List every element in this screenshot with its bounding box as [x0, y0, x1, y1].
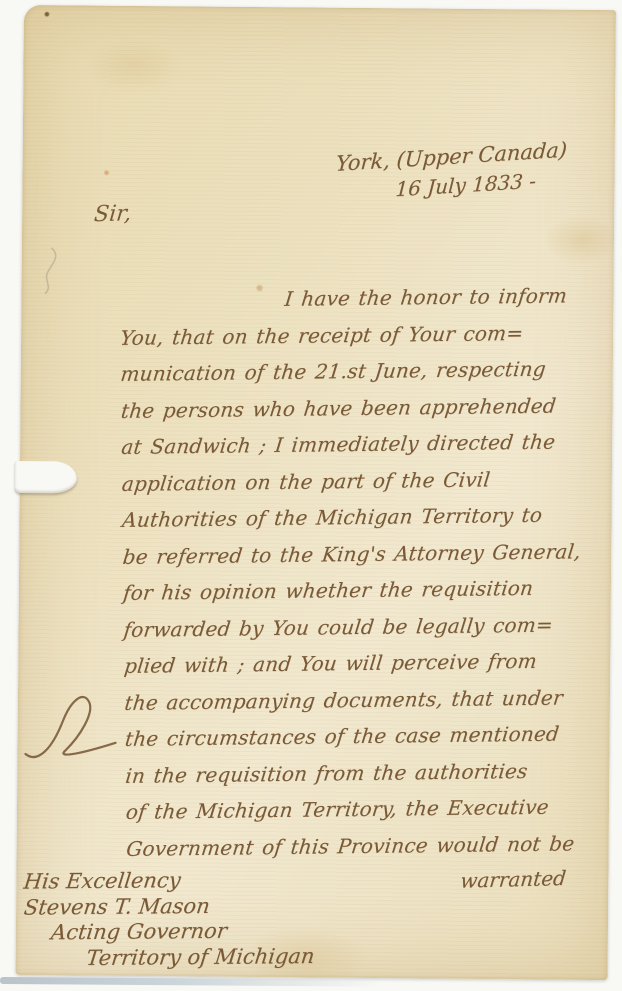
- handwritten-line: for his opinion whether the requisition: [121, 569, 601, 611]
- letter-body: I have the honor to informYou, that on t…: [120, 277, 603, 867]
- salutation: Sir,: [93, 201, 133, 227]
- pencil-mark: [45, 248, 55, 293]
- handwritten-line: plied with ; and You will perceive from: [122, 642, 602, 684]
- handwritten-line: at Sandwich ; I immediately directed the: [120, 423, 600, 465]
- handwritten-line: be referred to the King's Attorney Gener…: [121, 533, 601, 575]
- address-line: Stevens T. Mason: [22, 893, 315, 921]
- handwritten-line: the accompanying documents, that under: [123, 679, 603, 721]
- carryover-word: warranted: [460, 866, 568, 893]
- handwritten-line: the circumstances of the case mentioned: [123, 715, 603, 757]
- handwritten-line: of the Michigan Territory, the Executive: [124, 788, 604, 830]
- handwritten-line: the persons who have been apprehended: [119, 387, 599, 429]
- underlying-page-edge: [0, 977, 400, 987]
- handwritten-line: application on the part of the Civil: [120, 460, 600, 502]
- handwritten-line: Government of this Province would not be: [124, 825, 604, 867]
- letter-page: York, (Upper Canada) 16 July 1833 - Sir,…: [16, 5, 616, 980]
- ink-flourish: [25, 697, 116, 758]
- address-line: Acting Governor: [50, 918, 316, 946]
- scan-background: { "colors": { "background": "#f8f8f5", "…: [0, 0, 622, 991]
- handwritten-line: munication of the 21.st June, respecting: [119, 350, 599, 392]
- address-line: His Excellency: [22, 867, 315, 895]
- address-block: His ExcellencyStevens T. MasonActing Gov…: [24, 867, 315, 972]
- handwritten-line: Authorities of the Michigan Territory to: [120, 496, 600, 538]
- handwritten-line: I have the honor to inform: [118, 277, 598, 319]
- paper-tear-notch: [15, 461, 77, 494]
- handwritten-line: forwarded by You could be legally com=: [122, 606, 602, 648]
- address-line: Territory of Michigan: [85, 944, 316, 972]
- handwritten-line: You, that on the receipt of Your com=: [118, 314, 598, 356]
- handwritten-line: in the requisition from the authorities: [124, 752, 604, 794]
